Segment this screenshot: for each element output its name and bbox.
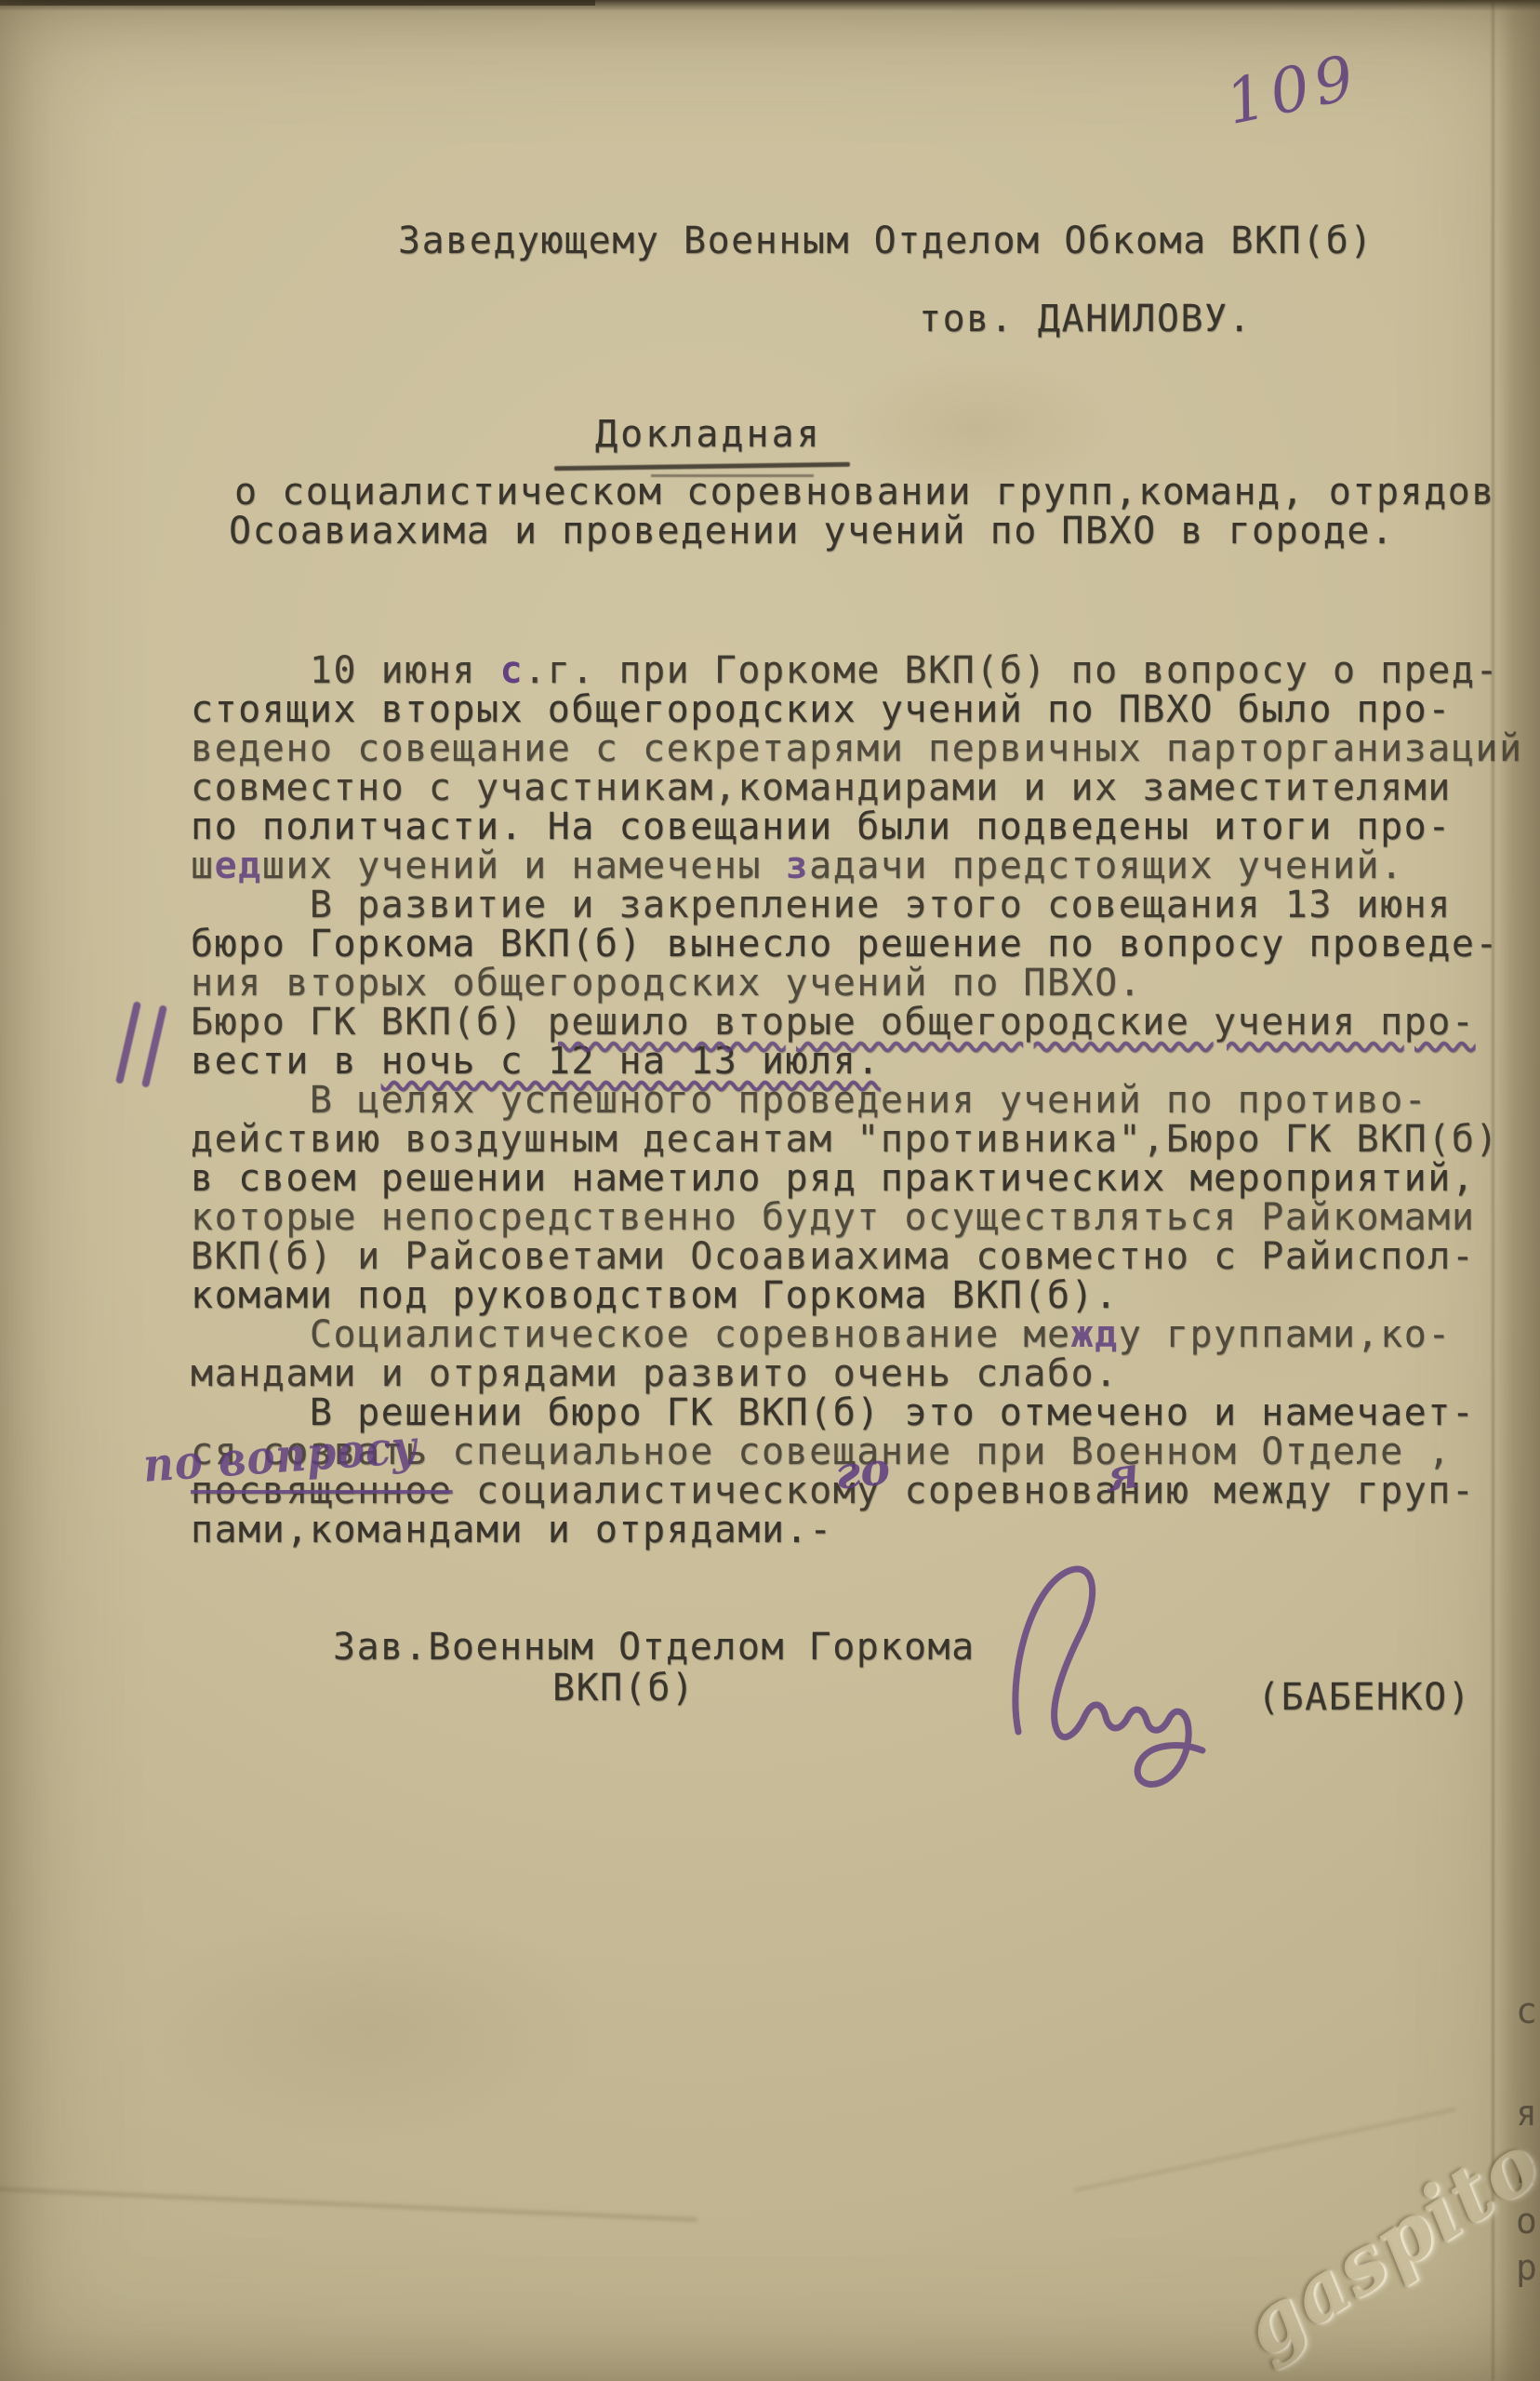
body-segment: В развитие и закрепление этого совещания… bbox=[191, 884, 1452, 926]
body-segment: в своем решении наметило ряд практически… bbox=[191, 1157, 1475, 1200]
adjacent-page-letter-fragment: с bbox=[1516, 1990, 1537, 2031]
body-segment: В целях успешного проведения учений по п… bbox=[191, 1079, 1427, 1122]
body-line: в своем решении наметило ряд практически… bbox=[191, 1159, 1523, 1198]
document-title: Докладная bbox=[595, 413, 822, 456]
body-segment: з bbox=[786, 845, 810, 887]
handwritten-correction: я bbox=[1101, 1447, 1142, 1502]
adjacent-page-letter-fragment: р bbox=[1516, 2247, 1537, 2288]
body-line: В целях успешного проведения учений по п… bbox=[191, 1081, 1523, 1120]
paper-stain bbox=[139, 1907, 604, 2148]
body-segment: действию воздушным десантам "противника"… bbox=[191, 1118, 1499, 1161]
body-line: стоящих вторых общегородских учений по П… bbox=[191, 690, 1523, 729]
body-segment: ния вторых общегородских учений по ПВХО. bbox=[191, 962, 1142, 1004]
body-segment: 10 июня bbox=[191, 649, 500, 692]
recipient-line-1: Заведующему Военным Отделом Обкома ВКП(б… bbox=[398, 219, 1374, 262]
body-segment: ш bbox=[191, 845, 215, 887]
subject-line-1: о социалистическом соревновании групп,ко… bbox=[234, 471, 1495, 513]
body-segment: Социалистическое соревнование ме bbox=[191, 1313, 1071, 1356]
body-segment: которые непосредственно будут осуществля… bbox=[191, 1196, 1475, 1239]
body-text: 10 июня с.г. при Горкоме ВКП(б) по вопро… bbox=[191, 651, 1523, 1550]
body-segment: вести в bbox=[191, 1040, 381, 1083]
body-segment: ведено совещание с секретарями первичных… bbox=[191, 727, 1523, 770]
body-segment: адачи предстоящих учений. bbox=[809, 845, 1404, 887]
body-line: вести в ночь с 12 на 13 июля. bbox=[191, 1042, 1523, 1081]
body-segment: мандами и отрядами развито очень слабо. bbox=[191, 1352, 1119, 1395]
body-segment: пами,командами и отрядами.- bbox=[191, 1509, 833, 1551]
signature-title-line-2: ВКП(б) bbox=[552, 1667, 696, 1709]
paper-crease bbox=[0, 2187, 697, 2221]
body-segment: с bbox=[500, 649, 524, 692]
body-segment: ночь с 12 на 13 июля. bbox=[381, 1040, 881, 1083]
recipient-line-2: тов. ДАНИЛОВУ. bbox=[919, 298, 1252, 340]
margin-tick-mark bbox=[115, 1001, 141, 1084]
signature-ink bbox=[981, 1536, 1260, 1797]
body-segment: стоящих вторых общегородских учений по П… bbox=[191, 688, 1452, 731]
body-line: которые непосредственно будут осуществля… bbox=[191, 1198, 1523, 1237]
body-line: ВКП(б) и Райсоветами Осоавиахима совмест… bbox=[191, 1237, 1523, 1276]
body-line: комами под руководством Горкома ВКП(б). bbox=[191, 1276, 1523, 1315]
signatory-name: (БАБЕНКО) bbox=[1257, 1676, 1471, 1719]
body-line: В развитие и закрепление этого совещания… bbox=[191, 885, 1523, 924]
body-line: совместно с участникам,командирами и их … bbox=[191, 768, 1523, 807]
body-segment: совместно с участникам,командирами и их … bbox=[191, 766, 1452, 809]
body-segment: ед bbox=[215, 845, 262, 887]
body-line: 10 июня с.г. при Горкоме ВКП(б) по вопро… bbox=[191, 651, 1523, 690]
page-top-edge-dark bbox=[0, 0, 595, 6]
subject-line-2: Осоавиахима и проведении учений по ПВХО … bbox=[229, 510, 1395, 552]
body-segment: Бюро ГК ВКП(б) bbox=[191, 1001, 548, 1044]
body-line: ния вторых общегородских учений по ПВХО. bbox=[191, 964, 1523, 1003]
body-line: Бюро ГК ВКП(б) решило вторые общегородск… bbox=[191, 1003, 1523, 1042]
signature-title-line-1: Зав.Военным Отделом Горкома bbox=[333, 1626, 976, 1669]
body-segment: ших учений и намечены bbox=[262, 845, 786, 887]
paper-crease bbox=[1073, 2108, 1455, 2191]
body-segment: жд bbox=[1071, 1313, 1119, 1356]
body-line: мандами и отрядами развито очень слабо. bbox=[191, 1354, 1523, 1393]
scanned-document-page: 109 Заведующему Военным Отделом Обкома В… bbox=[0, 0, 1540, 2381]
body-segment: ВКП(б) и Райсоветами Осоавиахима совмест… bbox=[191, 1235, 1475, 1278]
body-line: Социалистическое соревнование между груп… bbox=[191, 1315, 1523, 1354]
handwritten-page-number: 109 bbox=[1220, 41, 1366, 139]
body-segment: решило вторые общегородские учения про- bbox=[548, 1001, 1476, 1044]
body-segment: у группами,ко- bbox=[1119, 1313, 1452, 1356]
body-line: ведено совещание с секретарями первичных… bbox=[191, 729, 1523, 768]
title-underline bbox=[554, 462, 850, 471]
margin-tick-mark bbox=[141, 1004, 167, 1087]
body-line: по политчасти. На совещании были подведе… bbox=[191, 807, 1523, 846]
body-line: шедших учений и намечены задачи предстоя… bbox=[191, 846, 1523, 885]
body-segment: .г. при Горкоме ВКП(б) по вопросу о пред… bbox=[524, 649, 1499, 692]
body-segment: социалистическому соревнованию между гру… bbox=[452, 1470, 1475, 1512]
handwritten-correction: го bbox=[832, 1443, 893, 1500]
body-line: бюро Горкома ВКП(б) вынесло решение по в… bbox=[191, 924, 1523, 964]
body-line: действию воздушным десантам "противника"… bbox=[191, 1120, 1523, 1159]
body-line: пами,командами и отрядами.- bbox=[191, 1510, 1523, 1550]
body-segment: по политчасти. На совещании были подведе… bbox=[191, 805, 1452, 848]
body-segment: бюро Горкома ВКП(б) вынесло решение по в… bbox=[191, 923, 1499, 965]
body-segment: комами под руководством Горкома ВКП(б). bbox=[191, 1274, 1119, 1317]
